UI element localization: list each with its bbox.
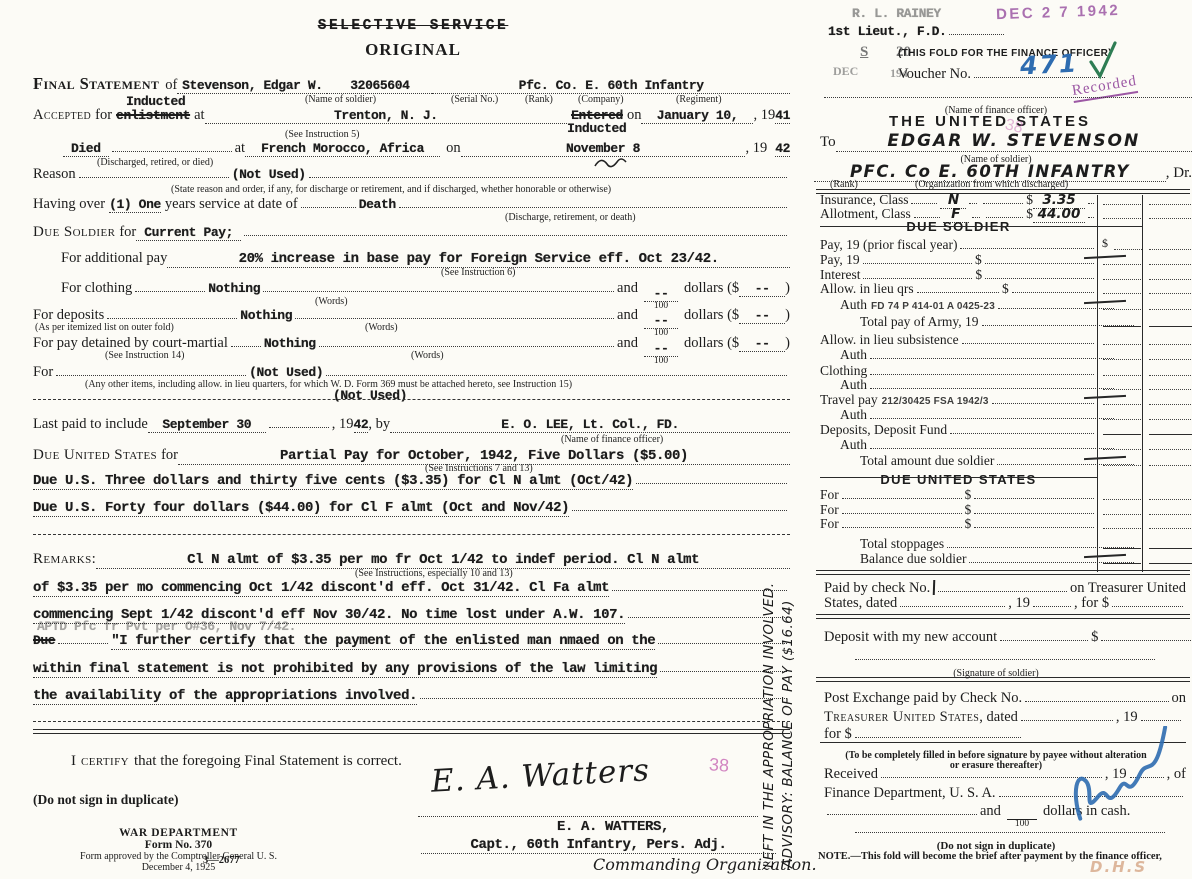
- dotted-line: [1088, 201, 1094, 204]
- scanned-document: SELECTIVE SERVICE ORIGINAL Final Stateme…: [0, 0, 1192, 879]
- voucher-label: Voucher No.: [898, 66, 971, 83]
- amount-cell: [1103, 389, 1141, 390]
- dotted-line: [974, 525, 1094, 528]
- amount-cell: [1103, 404, 1141, 405]
- amount-cell: [1149, 419, 1192, 420]
- advisory-line1: ADVISORY: BALANCE OF PAY ($16.64): [779, 523, 798, 868]
- for-dollar-label: for $: [824, 726, 852, 743]
- double-rule: [816, 570, 1190, 575]
- by-label: , by: [368, 416, 390, 433]
- amount-cell: [1149, 249, 1192, 250]
- dotted-line: [950, 431, 1094, 434]
- words-caption: (Words): [315, 296, 348, 307]
- entered-date-value: January 10,: [641, 108, 753, 124]
- row-sublabel: (prior fiscal year): [860, 237, 958, 253]
- dotted-line: [863, 261, 972, 264]
- table-row: Total stoppages: [820, 536, 1137, 550]
- deposit-label: Deposit with my new account: [824, 629, 997, 646]
- discharge-retirement-death-caption: (Discharge, retirement, or death): [505, 212, 636, 223]
- clothing-label: For clothing: [61, 280, 132, 297]
- dotted-line: [900, 604, 1005, 607]
- amount-cell: [1149, 499, 1192, 500]
- signer-name: E. A. WATTERS,: [557, 819, 669, 835]
- amount-cell: [1103, 434, 1141, 435]
- year19-label: , 19: [332, 416, 354, 433]
- certify-rest-label: that the foregoing Final Statement is co…: [134, 753, 402, 770]
- other-items-caption: (Any other items, including allow. in li…: [85, 379, 572, 390]
- dotted-line: [972, 215, 980, 218]
- table-row: For$: [820, 516, 1097, 530]
- dotted-line: [309, 175, 787, 178]
- amount-cell: [1149, 375, 1192, 376]
- final-statement-label: Final Statement: [33, 74, 159, 94]
- double-rule: [33, 729, 790, 734]
- company-caption: (Company): [578, 94, 624, 105]
- table-row: Total amount due soldier: [820, 453, 1137, 467]
- table-row: Pay, 19$: [820, 252, 1097, 266]
- united-states-heading-wrap: THE UNITED STATES: [800, 113, 1180, 131]
- amount-cell: [1149, 449, 1192, 450]
- dotted-line: [58, 641, 108, 644]
- amount-cell: [1103, 279, 1141, 280]
- dollar-dashes: --: [739, 336, 785, 352]
- amount-cell: [1149, 326, 1192, 327]
- for-label: For: [33, 364, 53, 381]
- war-department-line3: Form approved by the Comptroller General…: [61, 851, 296, 862]
- certify-line1: Due "I further certify that the payment …: [33, 633, 790, 650]
- dotted-line: [1012, 290, 1094, 293]
- row-label: Auth: [840, 377, 867, 393]
- dotted-line: [969, 201, 977, 204]
- finance-officer-rank-line: 1st Lieut., F.D.: [828, 24, 1028, 39]
- table-row: Auth: [820, 407, 1117, 421]
- table-row: Total pay of Army, 19: [820, 314, 1137, 328]
- died-value: Died: [63, 141, 109, 157]
- accepted-place-value: Trenton, N. J.: [205, 108, 568, 124]
- row-label: Total stoppages: [860, 536, 944, 552]
- cents-fraction: --100: [644, 341, 678, 366]
- section-header-label: DUE UNITED STATES: [880, 472, 1036, 487]
- other-items-value: (Not Used): [249, 365, 323, 380]
- serial-number-value: 32065604: [327, 78, 432, 94]
- row-label: Auth: [840, 437, 867, 453]
- selective-service-header: SELECTIVE SERVICE: [263, 18, 563, 34]
- on-label: on: [627, 107, 642, 124]
- dotted-line: [636, 481, 787, 484]
- at-label: at: [194, 107, 204, 124]
- amount-cell: [1149, 344, 1192, 345]
- amount-cell: [1149, 389, 1192, 390]
- dotted-line: [914, 215, 940, 218]
- finance-officer-signature-line: [824, 97, 1192, 98]
- dotted-line: [1021, 718, 1113, 721]
- row-label: Pay, 19: [820, 237, 860, 253]
- service-years-line: Having over (1) One years service at dat…: [33, 196, 790, 213]
- close-paren: ): [785, 307, 790, 324]
- court-martial-value: Nothing: [264, 336, 316, 351]
- original-text: ORIGINAL: [365, 40, 461, 60]
- amount-cell: [1149, 528, 1192, 529]
- hundred-label: 100: [1015, 820, 1029, 829]
- last-paid-date-value: September 30: [148, 417, 266, 433]
- dotted-line: [917, 290, 999, 293]
- for-label: for: [161, 447, 178, 464]
- certify-value2: within final statement is not prohibited…: [33, 661, 657, 678]
- dotted-line: [974, 496, 1094, 499]
- remarks-line: Remarks: Cl N almt of $3.35 per mo fr Oc…: [33, 551, 790, 569]
- finance-officer-value: E. O. LEE, Lt. Col., FD.: [390, 417, 790, 433]
- post-exchange-line3: for $: [824, 726, 1024, 743]
- and-label: and: [980, 803, 1001, 820]
- dotted-line: [949, 32, 1004, 35]
- cents-dashes: --: [644, 341, 678, 357]
- table-row: Deposits, Deposit Fund: [820, 422, 1097, 436]
- dotted-line: [870, 356, 1114, 359]
- due-us-line3: Due U.S. Forty four dollars ($44.00) for…: [33, 500, 790, 517]
- table-row: Travel pay212/30425 FSA 1942/3: [820, 392, 1097, 406]
- finance-officer-caption: (Name of finance officer): [561, 434, 663, 445]
- row-label: For: [820, 516, 839, 532]
- last-paid-year-value: 42: [354, 417, 369, 433]
- amount-cell: [1149, 309, 1192, 310]
- amount-cell: [1149, 434, 1192, 435]
- itemized-list-caption: (As per itemized list on outer fold): [35, 322, 174, 333]
- due-soldier-value: Current Pay;: [136, 225, 241, 241]
- dollar-sign: $: [1091, 629, 1098, 646]
- dotted-line: [842, 511, 962, 514]
- certify-value3: the availability of the appropriations i…: [33, 688, 417, 705]
- no-duplicate-caption: (Do not sign in duplicate): [33, 792, 179, 808]
- row-label: Deposits, Deposit Fund: [820, 422, 947, 438]
- additional-pay-line: For additional pay 20% increase in base …: [33, 250, 790, 268]
- dotted-line: [231, 344, 261, 347]
- duplicate-signature-line: [855, 832, 1165, 833]
- table-column-rule: [1142, 195, 1143, 572]
- see-instruction5-caption: (See Instruction 5): [285, 129, 359, 140]
- amount-cell: [1103, 264, 1141, 265]
- dollar-sign: $: [965, 487, 972, 503]
- see-instructions-10-13-caption: (See Instructions, especially 10 and 13): [355, 568, 513, 579]
- received-label: Received: [824, 766, 878, 783]
- additional-pay-label: For additional pay: [61, 250, 167, 267]
- rank-caption: (Rank): [525, 94, 553, 105]
- dotted-line: [1101, 638, 1192, 641]
- cents-dashes: --: [644, 313, 678, 329]
- dotted-line: [1141, 718, 1181, 721]
- amount-cell: [1149, 563, 1192, 564]
- dotted-line: [1088, 215, 1094, 218]
- pen-dash-mark: [1084, 255, 1126, 259]
- table-rule: [820, 477, 1097, 478]
- dotted-line: [326, 373, 787, 376]
- inducted-overtype2: Inducted: [567, 121, 626, 136]
- dollar-dashes: --: [739, 281, 785, 297]
- dotted-line: [938, 589, 1067, 592]
- died-place-value: French Morocco, Africa: [245, 141, 440, 157]
- clothing-line: For clothing Nothing and --100 dollars (…: [33, 280, 790, 306]
- table-row: Balance due soldier: [820, 551, 1137, 565]
- amount-cell: [1103, 563, 1141, 564]
- and-label: and: [617, 335, 638, 352]
- table-row: Auth: [820, 377, 1117, 391]
- amount-cell: [1149, 359, 1192, 360]
- reason-label: Reason: [33, 166, 76, 183]
- amount-cell: [1114, 249, 1142, 250]
- at-label: at: [235, 140, 245, 157]
- amount-cell: [1149, 264, 1192, 265]
- final-statement-line: Final Statement of Stevenson, Edgar W. 3…: [33, 74, 790, 94]
- enlistment-struck: enlistmentInducted: [116, 108, 190, 123]
- amount-cell: [1149, 279, 1192, 280]
- clothing-value: Nothing: [208, 281, 260, 296]
- row-label: Pay, 19: [820, 252, 860, 268]
- dr-label: , Dr.: [1166, 165, 1192, 182]
- war-department-line2: Form No. 370: [61, 839, 296, 851]
- dotted-line: [870, 446, 1114, 449]
- dotted-line: [269, 425, 329, 428]
- dotted-line: [56, 373, 246, 376]
- amount-cell: [1103, 548, 1141, 549]
- dotted-line: [870, 416, 1114, 419]
- dotted-line: [962, 341, 1094, 344]
- row-label: Total pay of Army, 19: [860, 314, 979, 330]
- amount-cell: [1103, 375, 1141, 376]
- dollar-sign: $: [975, 252, 982, 268]
- table-row: Auth: [820, 437, 1117, 451]
- having-over-label: Having over: [33, 196, 105, 213]
- post-exchange-label: Post Exchange paid by Check No.: [824, 690, 1022, 707]
- date-received-stamp: DEC 2 7 1942: [996, 2, 1121, 23]
- stamp-s: S: [860, 44, 868, 61]
- dotted-line: [855, 735, 1021, 738]
- signer-name-line: E. A. WATTERS,: [463, 819, 763, 835]
- print-code: 3—2677: [203, 855, 240, 866]
- table-row: Clothing: [820, 363, 1097, 377]
- remarks-label: Remarks:: [33, 551, 96, 568]
- amount-cell: [1149, 465, 1192, 466]
- table-column-rule: [1097, 195, 1098, 572]
- remarks-line2: of $3.35 per mo commencing Oct 1/42 disc…: [33, 580, 790, 597]
- dollar-dashes: --: [739, 308, 785, 324]
- reason-line: Reason (Not Used): [33, 166, 790, 183]
- states-dated-label: States, dated: [824, 595, 897, 612]
- blue-ink-scrawl-icon: [1062, 726, 1182, 831]
- i-label: I: [71, 753, 76, 770]
- and-label: and: [617, 307, 638, 324]
- amount-cell: [1103, 204, 1141, 205]
- amount-cell: [1149, 514, 1192, 515]
- table-row: Interest$: [820, 267, 1097, 281]
- dotted-line: [79, 175, 229, 178]
- dotted-line: [301, 205, 356, 208]
- row-label: Auth: [840, 347, 867, 363]
- entered-struck: EnteredInducted: [571, 108, 623, 123]
- certify-value1: "I further certify that the payment of t…: [111, 633, 655, 650]
- due-soldier-label: Due Soldier: [33, 224, 115, 241]
- table-section-header: DUE UNITED STATES: [820, 472, 1097, 486]
- dotted-line: [295, 316, 614, 319]
- year19-label: , 19: [745, 140, 767, 157]
- due-struck: Due: [33, 633, 55, 648]
- double-rule: [816, 677, 1190, 682]
- dotted-line: [960, 246, 1094, 249]
- years-service-label: years service at date of: [165, 196, 298, 213]
- of-label: of: [165, 77, 177, 94]
- row-label: Auth: [840, 297, 867, 313]
- section-divider: [33, 534, 790, 535]
- pen-tick-mark: [933, 580, 936, 595]
- accepted-label: Accepted: [33, 107, 91, 124]
- dollars-label: dollars ($: [684, 335, 739, 352]
- amount-cell: [1103, 465, 1141, 466]
- dated-label: , dated: [979, 709, 1018, 726]
- war-department-block: WAR DEPARTMENT Form No. 370 Form approve…: [61, 827, 296, 873]
- finance-department-label: Finance Department, U. S. A.: [824, 785, 996, 802]
- amount-cell: [1149, 404, 1192, 405]
- dotted-line: [827, 812, 977, 815]
- regiment-caption: (Regiment): [676, 94, 722, 105]
- united-states-heading: THE UNITED STATES: [889, 113, 1091, 130]
- close-paren: ): [785, 335, 790, 352]
- due-us-value2: Due U.S. Three dollars and thirty five c…: [33, 473, 633, 490]
- dotted-line: [1112, 604, 1183, 607]
- remarks-value1: Cl N almt of $3.35 per mo fr Oct 1/42 to…: [96, 552, 790, 569]
- amount-cell: [1103, 499, 1141, 500]
- signer-title: Capt., 60th Infantry, Pers. Adj.: [421, 837, 776, 854]
- on-label: on: [446, 140, 461, 157]
- reason-caption: (State reason and order, if any, for dis…: [171, 184, 611, 195]
- finance-officer-rank-typed: 1st Lieut., F.D.: [828, 24, 946, 39]
- paid-by-check-line2: States, dated , 19 , for $: [824, 595, 1186, 612]
- years-value: (1) One: [109, 197, 161, 213]
- for-label: for: [119, 224, 136, 241]
- table-row: For$: [820, 502, 1097, 516]
- signer-title-line: Capt., 60th Infantry, Pers. Adj.: [421, 837, 776, 854]
- row-label: Balance due soldier: [860, 551, 966, 567]
- and-label: and: [617, 280, 638, 297]
- dotted-line: [244, 233, 787, 236]
- dollar-sign: $: [1002, 281, 1009, 297]
- war-department-line4: December 4, 1925: [61, 862, 296, 873]
- amount-cell: [1103, 419, 1141, 420]
- words-caption: (Words): [411, 350, 444, 361]
- war-department-line1: WAR DEPARTMENT: [61, 827, 296, 839]
- remarks-value2: of $3.35 per mo commencing Oct 1/42 disc…: [33, 580, 609, 597]
- certify-line3: the availability of the appropriations i…: [33, 688, 790, 705]
- advisory-line2: LEFT IN THE APPROPRIATION INVOLVED.: [760, 523, 779, 868]
- dotted-line: [399, 205, 787, 208]
- entered-year-value: 41: [775, 108, 790, 124]
- dotted-line: [863, 276, 972, 279]
- cents-fraction: 100: [1007, 810, 1037, 829]
- due-us-line2: Due U.S. Three dollars and thirty five c…: [33, 473, 790, 490]
- amount-cell: [1103, 293, 1141, 294]
- row-label: Allow. in lieu subsistence: [820, 332, 959, 348]
- words-caption: (Words): [365, 322, 398, 333]
- pen-dash-mark: [1084, 300, 1126, 304]
- close-paren: ): [785, 280, 790, 297]
- dotted-line: [985, 261, 1094, 264]
- dotted-line: [974, 511, 1094, 514]
- dotted-line: [319, 344, 614, 347]
- original-header: ORIGINAL: [263, 40, 563, 60]
- finance-officer-fold: R. L. RAINEY DEC 2 7 1942 1st Lieut., F.…: [800, 0, 1192, 879]
- table-row: AuthFD 74 P 414-01 A 0425-23: [820, 297, 1117, 311]
- due-soldier-line: Due Soldier for Current Pay;: [33, 224, 790, 241]
- dotted-line: [870, 372, 1094, 375]
- dotted-line: [420, 696, 787, 699]
- table-row: For$: [820, 487, 1097, 501]
- amount-cell: [1103, 218, 1141, 219]
- dollars-label: dollars ($: [684, 307, 739, 324]
- soldier-name-value: Stevenson, Edgar W.: [177, 78, 327, 94]
- table-rule: [820, 226, 1142, 227]
- dollar-sign: $: [965, 516, 972, 532]
- last-paid-label: Last paid to include: [33, 416, 148, 433]
- dotted-line: [112, 149, 232, 152]
- amount-cell: [1149, 204, 1192, 205]
- amount-cell: [1103, 514, 1141, 515]
- died-date-value: November 8: [461, 141, 746, 157]
- due-us-label: Due United States: [33, 447, 157, 464]
- finance-officer-name-typed: R. L. RAINEY: [852, 6, 941, 21]
- year19-label: , 19: [753, 107, 775, 124]
- erased-promotion-note: APTD Pfc fr Pvt per O#36, Nov 7/42.: [37, 619, 296, 634]
- reason-value: (Not Used): [232, 167, 306, 182]
- not-used-overtype: (Not Used): [333, 388, 407, 403]
- amount-cell: [1103, 528, 1141, 529]
- dollar-sign-cell: $: [1102, 236, 1108, 251]
- name-of-soldier-caption: (Name of soldier): [305, 94, 376, 105]
- signature-line: [418, 816, 758, 817]
- died-year-value: 42: [775, 141, 790, 157]
- table-row: Allow. in lieu subsistence: [820, 332, 1097, 346]
- inducted-overtype: Inducted: [126, 94, 185, 109]
- i-certify-line: I certify that the foregoing Final State…: [71, 753, 771, 770]
- amount-cell: [1149, 218, 1192, 219]
- pen-dash-mark: [1084, 456, 1126, 460]
- rank-unit-value: Pfc. Co. E. 60th Infantry: [432, 78, 790, 94]
- table-row: Allotment, ClassF$44.00: [820, 206, 1097, 220]
- table-row: Auth: [820, 347, 1117, 361]
- selective-service-text: SELECTIVE SERVICE: [318, 18, 508, 34]
- dollars-label: dollars ($: [684, 280, 739, 297]
- certify-line2: within final statement is not prohibited…: [33, 661, 790, 678]
- page-number-stamp: 38: [708, 754, 729, 776]
- deposits-value: Nothing: [240, 308, 292, 323]
- row-label: For: [820, 487, 839, 503]
- row-label: Travel pay: [820, 392, 878, 408]
- cents-dashes: --: [644, 286, 678, 302]
- table-row: Insurance, ClassN$3.35: [820, 192, 1097, 206]
- table-row: Pay, 19 (prior fiscal year)$: [820, 237, 1097, 251]
- paid-by-check-line1: Paid by check No. on Treasurer United: [824, 577, 1186, 597]
- pen-dash-mark: [1084, 395, 1126, 399]
- dotted-line: [985, 276, 1094, 279]
- amount-cell: [1149, 548, 1192, 549]
- see-instruction6-caption: (See Instruction 6): [441, 267, 515, 278]
- dotted-line: [572, 508, 787, 511]
- dotted-line: [263, 289, 614, 292]
- advisory-handwritten-note: LEFT IN THE APPROPRIATION INVOLVED. ADVI…: [760, 523, 798, 868]
- dotted-line: [842, 496, 962, 499]
- due-us-line: Due United States for Partial Pay for Oc…: [33, 447, 790, 465]
- dotted-line: [911, 201, 937, 204]
- amount-cell: [1103, 344, 1141, 345]
- clerk-initials-faint: D.H.S: [1090, 858, 1147, 876]
- for-label: for: [95, 107, 112, 124]
- additional-pay-value: 20% increase in base pay for Foreign Ser…: [167, 251, 790, 268]
